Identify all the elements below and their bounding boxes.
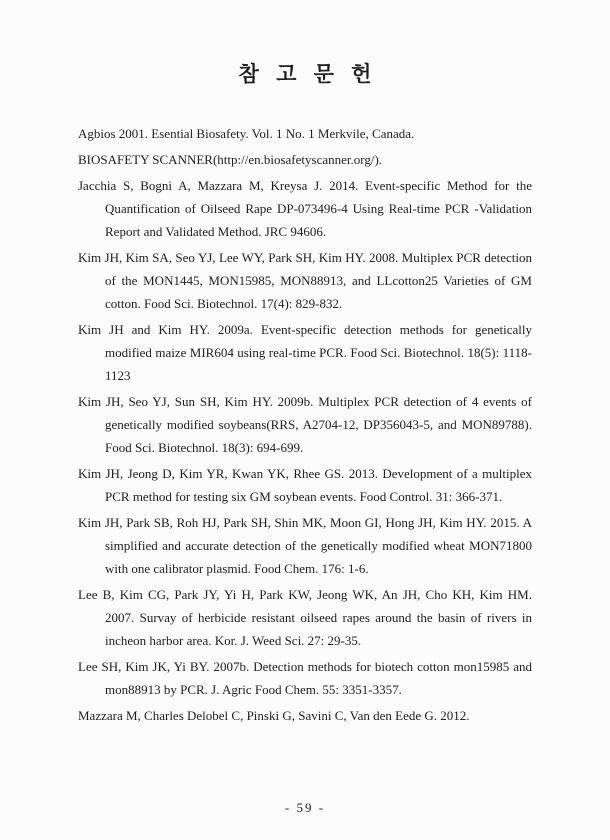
reference-entry: Agbios 2001. Esential Biosafety. Vol. 1 … <box>78 122 532 145</box>
reference-entry: Kim JH and Kim HY. 2009a. Event-specific… <box>78 318 532 387</box>
reference-entry: BIOSAFETY SCANNER(http://en.biosafetysca… <box>78 148 532 171</box>
reference-entry: Kim JH, Park SB, Roh HJ, Park SH, Shin M… <box>78 511 532 580</box>
reference-entry: Lee SH, Kim JK, Yi BY. 2007b. Detection … <box>78 655 532 701</box>
reference-entry: Kim JH, Kim SA, Seo YJ, Lee WY, Park SH,… <box>78 246 532 315</box>
reference-entry: Lee B, Kim CG, Park JY, Yi H, Park KW, J… <box>78 583 532 652</box>
document-page: 참 고 문 헌 Agbios 2001. Esential Biosafety.… <box>0 0 610 840</box>
reference-entry: Kim JH, Jeong D, Kim YR, Kwan YK, Rhee G… <box>78 462 532 508</box>
reference-entry: Jacchia S, Bogni A, Mazzara M, Kreysa J.… <box>78 174 532 243</box>
reference-entry: Mazzara M, Charles Delobel C, Pinski G, … <box>78 704 532 727</box>
reference-entry: Kim JH, Seo YJ, Sun SH, Kim HY. 2009b. M… <box>78 390 532 459</box>
reference-list: Agbios 2001. Esential Biosafety. Vol. 1 … <box>78 122 532 727</box>
page-number: - 59 - <box>0 800 610 816</box>
page-title: 참 고 문 헌 <box>0 62 610 86</box>
